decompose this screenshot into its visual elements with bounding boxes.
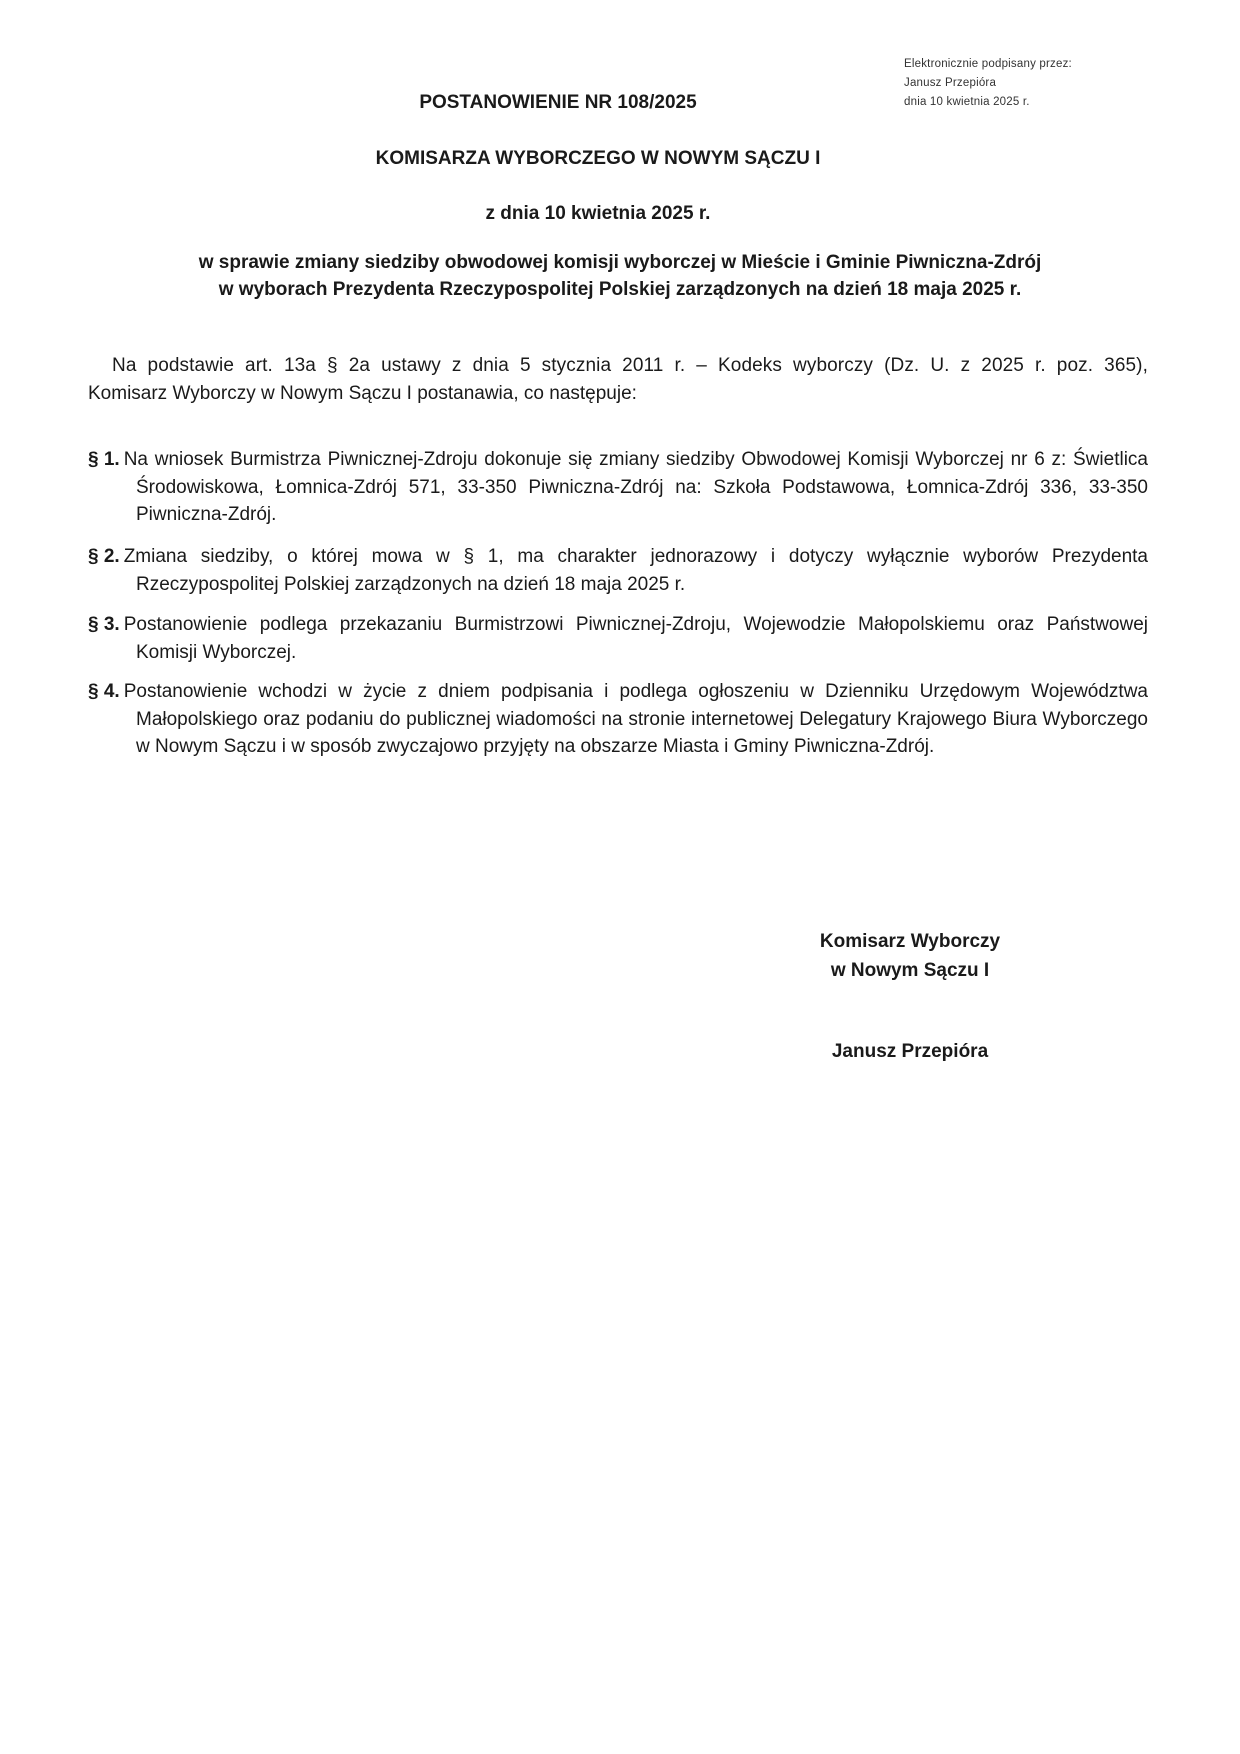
document-title: POSTANOWIENIE NR 108/2025 (0, 92, 1178, 114)
preamble-line-1: Na podstawie art. 13a § 2a ustawy z dnia… (88, 352, 1148, 380)
signatory-name-text: Janusz Przepióra (810, 1037, 1010, 1066)
document-date: z dnia 10 kwietnia 2025 r. (0, 203, 1218, 225)
paragraph-number: § 1. (88, 446, 120, 474)
signature-stamp-signer: Janusz Przepióra (904, 74, 1072, 93)
paragraph-4: § 4.Postanowienie wchodzi w życie z dnie… (88, 678, 1148, 761)
document-issuer: KOMISARZA WYBORCZEGO W NOWYM SĄCZU I (0, 148, 1218, 170)
paragraph-text: Postanowienie podlega przekazaniu Burmis… (124, 614, 1148, 663)
paragraph-2: § 2.Zmiana siedziby, o której mowa w § 1… (88, 543, 1148, 598)
preamble: Na podstawie art. 13a § 2a ustawy z dnia… (88, 352, 1148, 408)
paragraph-3: § 3.Postanowienie podlega przekazaniu Bu… (88, 611, 1148, 666)
document-subject: w sprawie zmiany siedziby obwodowej komi… (0, 249, 1240, 303)
paragraph-text: Zmiana siedziby, o której mowa w § 1, ma… (124, 546, 1148, 595)
paragraph-number: § 2. (88, 543, 120, 571)
signatory-name: Janusz Przepióra (810, 1037, 1010, 1066)
paragraph-text: Postanowienie wchodzi w życie z dniem po… (124, 681, 1148, 757)
subject-line-2: w wyborach Prezydenta Rzeczypospolitej P… (0, 276, 1240, 303)
subject-line-1: w sprawie zmiany siedziby obwodowej komi… (0, 249, 1240, 276)
paragraph-text: Na wniosek Burmistrza Piwnicznej-Zdroju … (124, 449, 1148, 525)
paragraph-number: § 3. (88, 611, 120, 639)
preamble-line-2: Komisarz Wyborczy w Nowym Sączu I postan… (88, 380, 1148, 408)
signatory-office-line-1: Komisarz Wyborczy (810, 927, 1010, 956)
signature-stamp-line: Elektronicznie podpisany przez: (904, 55, 1072, 74)
paragraph-number: § 4. (88, 678, 120, 706)
paragraph-1: § 1.Na wniosek Burmistrza Piwnicznej-Zdr… (88, 446, 1148, 529)
signatory-office: Komisarz Wyborczy w Nowym Sączu I (810, 927, 1010, 985)
signatory-office-line-2: w Nowym Sączu I (810, 956, 1010, 985)
